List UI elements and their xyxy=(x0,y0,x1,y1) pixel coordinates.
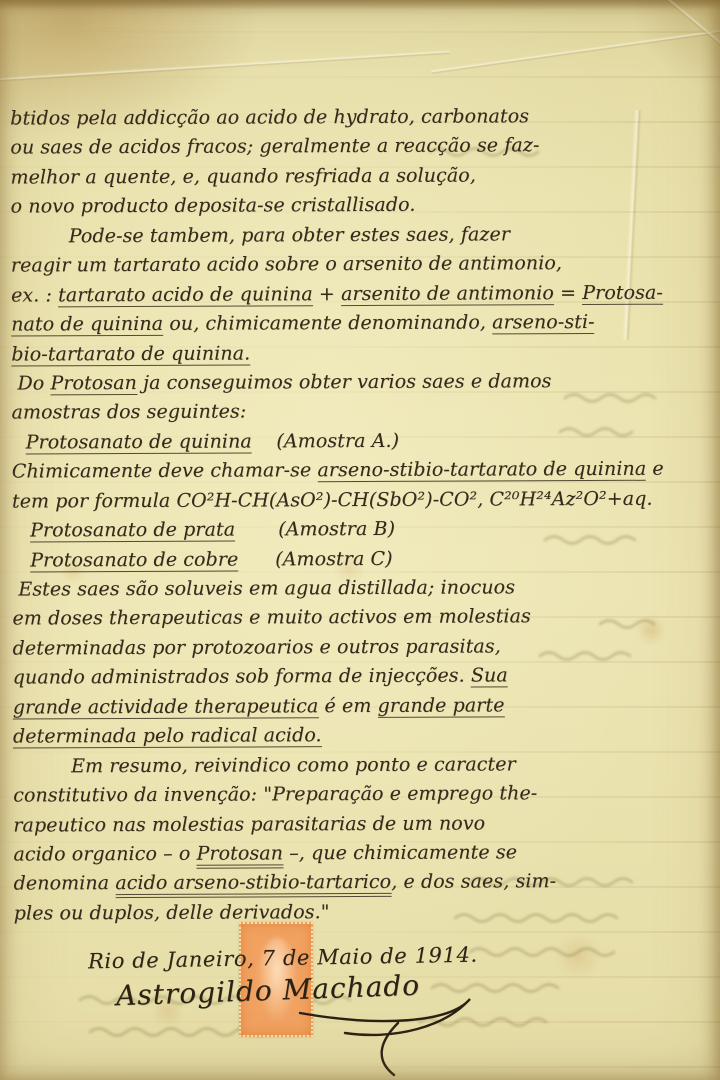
signature-flourish xyxy=(0,985,520,1080)
manuscript-line: Protosanato de prata (Amostra B) xyxy=(12,514,714,547)
manuscript-line: reagir um tartarato acido sobre o arseni… xyxy=(11,249,713,282)
manuscript-line: o novo producto deposita-se cristallisad… xyxy=(11,190,713,223)
manuscript-line: Do Protosan ja conseguimos obter varios … xyxy=(11,366,713,399)
manuscript-line: determinada pelo radical acido. xyxy=(13,720,715,753)
manuscript-line: nato de quinina ou, chimicamente denomin… xyxy=(11,308,713,341)
manuscript-line: ex. : tartarato acido de quinina + arsen… xyxy=(11,278,713,311)
manuscript-line: Estes saes são soluveis em agua distilla… xyxy=(12,572,714,605)
manuscript-line: tem por formula CO²H-CH(AsO²)-CH(SbO²)-C… xyxy=(12,484,714,517)
manuscript-line: ples ou duplos, delle derivados." xyxy=(14,896,716,929)
manuscript-line: Em resumo, reivindico como ponto e carac… xyxy=(13,749,715,782)
manuscript-line: Protosanato de quinina (Amostra A.) xyxy=(12,425,714,458)
manuscript-line: Chimicamente deve chamar-se arseno-stibi… xyxy=(12,455,714,488)
manuscript-line: rapeutico nas molestias parasitarias de … xyxy=(13,808,715,841)
manuscript-text: btidos pela addicção ao acido de hydrato… xyxy=(10,101,716,928)
manuscript-line: constitutivo da invenção: "Preparação e … xyxy=(13,779,715,812)
manuscript-page: btidos pela addicção ao acido de hydrato… xyxy=(0,0,720,1080)
manuscript-line: acido organico – o Protosan –, que chimi… xyxy=(13,837,715,870)
manuscript-line: amostras dos seguintes: xyxy=(11,396,713,429)
manuscript-line: btidos pela addicção ao acido de hydrato… xyxy=(10,101,712,134)
manuscript-line: ou saes de acidos fracos; geralmente a r… xyxy=(10,131,712,164)
manuscript-line: Pode-se tambem, para obter estes saes, f… xyxy=(11,219,713,252)
manuscript-line: grande actividade therapeutica é em gran… xyxy=(13,690,715,723)
manuscript-line: Protosanato de cobre (Amostra C) xyxy=(12,543,714,576)
manuscript-line: melhor a quente, e, quando resfriada a s… xyxy=(10,160,712,193)
manuscript-line: determinadas por protozoarios e outros p… xyxy=(13,631,715,664)
manuscript-line: denomina acido arseno-stibio-tartarico, … xyxy=(14,867,716,900)
manuscript-line: bio-tartarato de quinina. xyxy=(11,337,713,370)
manuscript-line: em doses therapeuticas e muito activos e… xyxy=(12,602,714,635)
manuscript-line: quando administrados sob forma de injecç… xyxy=(13,661,715,694)
